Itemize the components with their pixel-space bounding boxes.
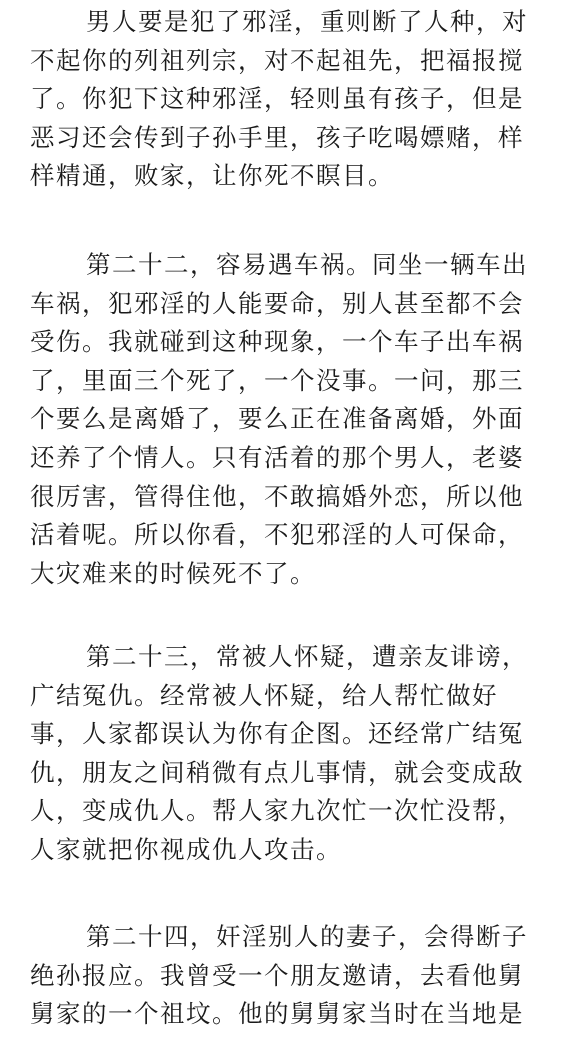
text-line: 人，变成仇人。帮人家九次忙一次忙没帮， [30, 792, 554, 831]
text-line: 第二十四，奸淫别人的妻子，会得断子 [30, 918, 554, 957]
text-line: 很厉害，管得住他，不敢搞婚外恋，所以他 [30, 478, 554, 517]
text-line: 恶习还会传到子孙手里，孩子吃喝嫖赌，样 [30, 119, 554, 158]
paragraph-4: 第二十四，奸淫别人的妻子，会得断子 绝孙报应。我曾受一个朋友邀请，去看他舅 舅家… [30, 918, 554, 1034]
text-line: 广结冤仇。经常被人怀疑，给人帮忙做好 [30, 677, 554, 716]
text-line: 活着呢。所以你看，不犯邪淫的人可保命， [30, 516, 554, 555]
text-line: 了。你犯下这种邪淫，轻则虽有孩子，但是 [30, 80, 554, 119]
text-line: 事，人家都误认为你有企图。还经常广结冤 [30, 715, 554, 754]
paragraph-2: 第二十二，容易遇车祸。同坐一辆车出 车祸，犯邪淫的人能要命，别人甚至都不会 受伤… [30, 246, 554, 593]
text-line: 人家就把你视成仇人攻击。 [30, 831, 554, 870]
text-line: 大灾难来的时候死不了。 [30, 555, 554, 594]
text-line: 仇，朋友之间稍微有点儿事情，就会变成敌 [30, 754, 554, 793]
text-line: 个要么是离婚了，要么正在准备离婚，外面 [30, 400, 554, 439]
text-line: 第二十三，常被人怀疑，遭亲友诽谤， [30, 638, 554, 677]
paragraph-3: 第二十三，常被人怀疑，遭亲友诽谤， 广结冤仇。经常被人怀疑，给人帮忙做好 事，人… [30, 638, 554, 870]
text-line: 绝孙报应。我曾受一个朋友邀请，去看他舅 [30, 957, 554, 996]
text-line: 车祸，犯邪淫的人能要命，别人甚至都不会 [30, 285, 554, 324]
text-line: 了，里面三个死了，一个没事。一问，那三 [30, 362, 554, 401]
text-line: 第二十二，容易遇车祸。同坐一辆车出 [30, 246, 554, 285]
paragraph-1: 男人要是犯了邪淫，重则断了人种，对 不起你的列祖列宗，对不起祖先，把福报搅 了。… [30, 3, 554, 196]
text-line: 受伤。我就碰到这种现象，一个车子出车祸 [30, 323, 554, 362]
text-line: 男人要是犯了邪淫，重则断了人种，对 [30, 3, 554, 42]
text-line: 样精通，败家，让你死不瞑目。 [30, 157, 554, 196]
text-line: 舅家的一个祖坟。他的舅舅家当时在当地是 [30, 995, 554, 1034]
text-line: 不起你的列祖列宗，对不起祖先，把福报搅 [30, 42, 554, 81]
text-line: 还养了个情人。只有活着的那个男人，老婆 [30, 439, 554, 478]
